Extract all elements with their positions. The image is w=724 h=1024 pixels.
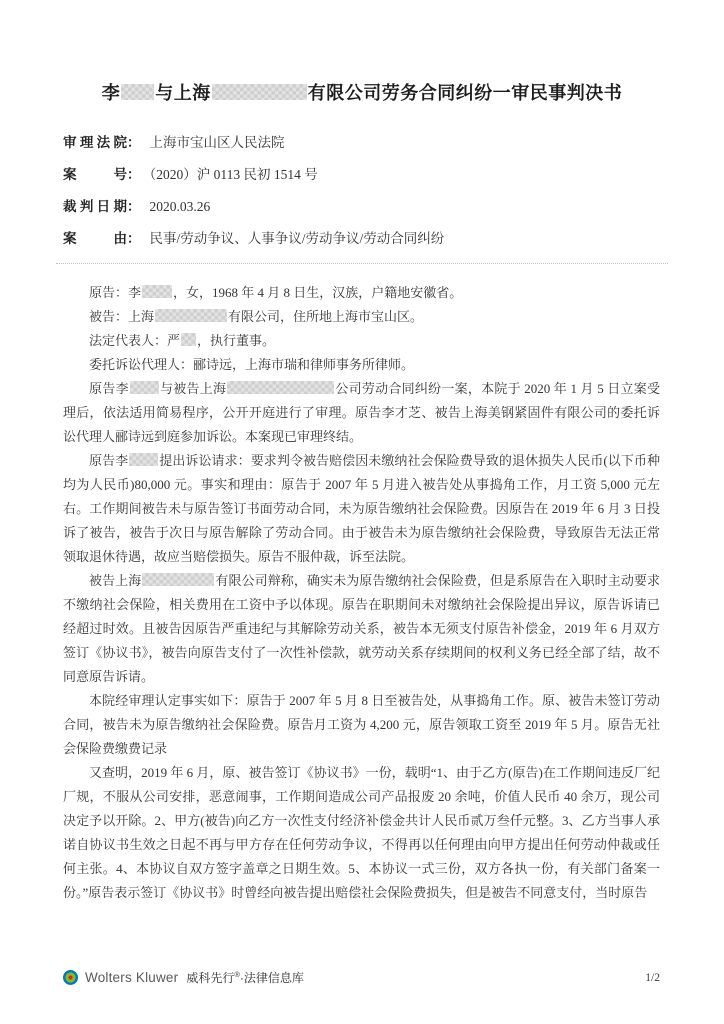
paragraph-agreement-details: 又查明，2019 年 6 月，原、被告签订《协议书》一份，载明“1、由于乙方(原… bbox=[63, 761, 660, 905]
field-label-judgment-date: 裁判日期 bbox=[63, 197, 127, 217]
dotted-divider bbox=[56, 263, 668, 264]
redacted-text bbox=[129, 453, 158, 466]
paragraph-defendant-defense: 被告上海有限公司辩称，确实未为原告缴纳社会保险费，但是系原告在入职时主动要求不缴… bbox=[63, 569, 660, 689]
field-row-judgment-date: 裁判日期：2020.03.26 bbox=[63, 197, 660, 217]
paragraph-defendant: 被告：上海有限公司，住所地上海市宝山区。 bbox=[63, 305, 660, 329]
brand-name: Wolters Kluwer bbox=[85, 970, 178, 985]
redacted-text bbox=[155, 309, 227, 322]
footer-brand-group: Wolters Kluwer 威科先行®·法律信息库 bbox=[63, 969, 304, 986]
document-title: 李与上海有限公司劳务合同纠纷一审民事判决书 bbox=[42, 80, 682, 106]
product-name: 威科先行®·法律信息库 bbox=[186, 969, 304, 986]
paragraph-litigation-agent: 委托诉讼代理人：郦诗远，上海市瑞和律师事务所律师。 bbox=[63, 353, 660, 377]
redacted-text bbox=[130, 381, 159, 394]
redacted-text bbox=[212, 84, 307, 100]
field-colon: ： bbox=[127, 167, 141, 182]
page-number: 1/2 bbox=[645, 972, 660, 984]
field-label-case-number: 案号 bbox=[63, 165, 127, 185]
field-value-case-number: （2020）沪 0113 民初 1514 号 bbox=[150, 167, 318, 182]
field-label-court: 审理法院 bbox=[63, 133, 127, 153]
document-body: 原告：李，女，1968 年 4 月 8 日生，汉族，户籍地安徽省。 被告：上海有… bbox=[63, 281, 660, 905]
field-row-case-number: 案号：（2020）沪 0113 民初 1514 号 bbox=[63, 165, 660, 185]
redacted-text bbox=[121, 84, 154, 100]
judgment-document-page: 李与上海有限公司劳务合同纠纷一审民事判决书 审理法院：上海市宝山区人民法院 案号… bbox=[0, 0, 724, 1024]
product-suffix-text: ·法律信息库 bbox=[240, 971, 304, 985]
paragraph-court-findings: 本院经审理认定事实如下：原告于 2007 年 5 月 8 日至被告处，从事捣角工… bbox=[63, 689, 660, 761]
redacted-text bbox=[181, 333, 196, 346]
field-colon: ： bbox=[127, 231, 141, 246]
paragraph-legal-representative: 法定代表人：严，执行董事。 bbox=[63, 329, 660, 353]
redacted-text bbox=[227, 381, 334, 394]
case-fields: 审理法院：上海市宝山区人民法院 案号：（2020）沪 0113 民初 1514 … bbox=[63, 133, 660, 249]
page-footer: Wolters Kluwer 威科先行®·法律信息库 1/2 bbox=[63, 969, 660, 986]
paragraph-case-intro: 原告李与被告上海公司劳动合同纠纷一案，本院于 2020 年 1 月 5 日立案受… bbox=[63, 377, 660, 449]
redacted-text bbox=[142, 285, 172, 298]
field-value-court: 上海市宝山区人民法院 bbox=[150, 135, 285, 150]
field-value-cause-of-action: 民事/劳动争议、人事争议/劳动争议/劳动合同纠纷 bbox=[150, 231, 445, 246]
product-name-text: 威科先行 bbox=[186, 971, 234, 985]
field-row-cause-of-action: 案由：民事/劳动争议、人事争议/劳动争议/劳动合同纠纷 bbox=[63, 229, 660, 249]
wolters-kluwer-logo-icon bbox=[63, 970, 78, 985]
paragraph-plaintiff: 原告：李，女，1968 年 4 月 8 日生，汉族，户籍地安徽省。 bbox=[63, 281, 660, 305]
redacted-text bbox=[142, 573, 214, 586]
paragraph-plaintiff-claims: 原告李提出诉讼请求：要求判令被告赔偿因未缴纳社会保险费导致的退休损失人民币(以下… bbox=[63, 449, 660, 569]
field-row-court: 审理法院：上海市宝山区人民法院 bbox=[63, 133, 660, 153]
field-colon: ： bbox=[127, 135, 141, 150]
field-label-cause-of-action: 案由 bbox=[63, 229, 127, 249]
field-value-judgment-date: 2020.03.26 bbox=[150, 199, 211, 214]
field-colon: ： bbox=[127, 199, 141, 214]
